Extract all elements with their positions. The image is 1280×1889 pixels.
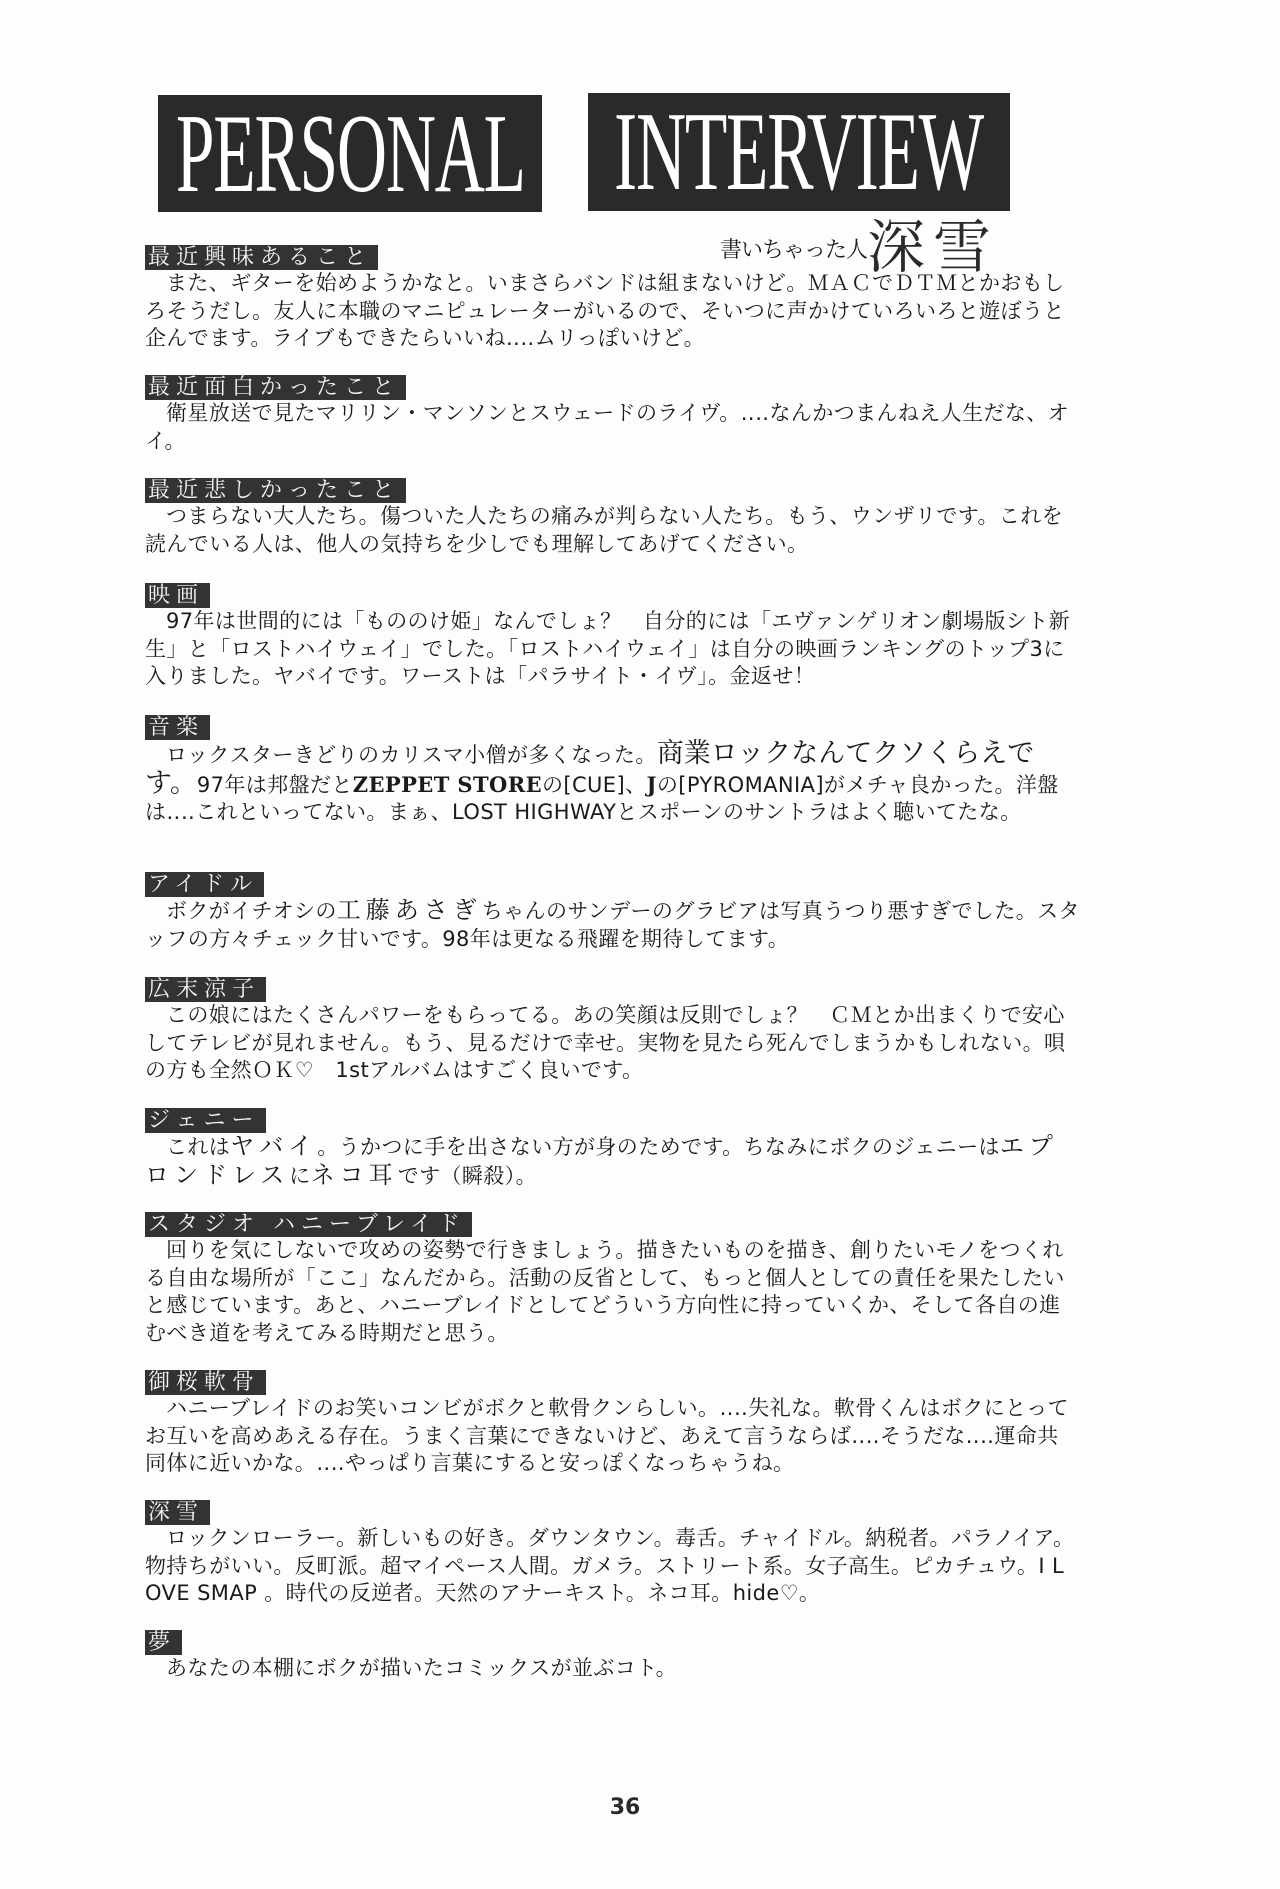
music-text-before: ロックスターきどりのカリスマ小僧が多くなった。	[166, 743, 657, 767]
section-body: ロックンローラー。新しいもの好き。ダウンタウン。毒舌。チャイドル。納税者。パラノ…	[145, 1525, 1080, 1608]
section-misakura-nankotsu: 御桜軟骨 ハニーブレイドのお笑いコンビがボクと軟骨クンらしい。‥‥失礼な。軟骨く…	[145, 1370, 1080, 1478]
magazine-page: PERSONAL INTERVIEW 書いちゃった人 深雪 最近興味あること ま…	[0, 0, 1280, 1889]
section-heading: 映画	[145, 583, 210, 608]
section-body: つまらない大人たち。傷ついた人たちの痛みが判らない人たち。もう、ウンザリです。こ…	[145, 503, 1080, 558]
section-recent-sad: 最近悲しかったこと つまらない大人たち。傷ついた人たちの痛みが判らない人たち。も…	[145, 478, 1080, 558]
section-body: これはヤバイ。うかつに手を出さない方が身のためです。ちなみにボクのジェニーはエプ…	[145, 1133, 1080, 1190]
page-number: 36	[600, 1795, 650, 1820]
section-heading: アイドル	[145, 872, 264, 897]
section-music: 音楽 ロックスターきどりのカリスマ小僧が多くなった。商業ロックなんてクソくらえで…	[145, 715, 1080, 827]
section-heading: 音楽	[145, 715, 210, 740]
section-body: ロックスターきどりのカリスマ小僧が多くなった。商業ロックなんてクソくらえです。9…	[145, 740, 1080, 827]
section-heading: 夢	[145, 1630, 182, 1655]
section-dream: 夢 あなたの本棚にボクが描いたコミックスが並ぶコト。	[145, 1630, 1080, 1683]
artist-j: J	[646, 772, 656, 797]
section-body: ハニーブレイドのお笑いコンビがボクと軟骨クンらしい。‥‥失礼な。軟骨くんはボクに…	[145, 1395, 1080, 1478]
jenny-emphasis-3: ネコ耳	[311, 1161, 398, 1189]
section-body: 回りを気にしないで攻めの姿勢で行きましょう。描きたいものを描き、創りたいモノをつ…	[145, 1237, 1080, 1347]
section-body: また、ギターを始めようかなと。いまさらバンドは組まないけど。ＭＡＣでＤＴＭとかお…	[145, 270, 1080, 353]
section-body: この娘にはたくさんパワーをもらってる。あの笑顔は反則でしょ？ ＣＭとか出まくりで…	[145, 1002, 1080, 1085]
section-heading: 最近面白かったこと	[145, 375, 406, 400]
jenny-text-1: これは	[166, 1135, 230, 1159]
jenny-text-2: 。うかつに手を出さない方が身のためです。ちなみにボクのジェニーは	[317, 1135, 1000, 1159]
section-heading: ジェニー	[145, 1108, 266, 1133]
section-studio-honey-blade: スタジオ ハニーブレイド 回りを気にしないで攻めの姿勢で行きましょう。描きたいも…	[145, 1212, 1080, 1347]
section-recent-interests: 最近興味あること また、ギターを始めようかなと。いまさらバンドは組まないけど。Ｍ…	[145, 245, 1080, 353]
section-body: あなたの本棚にボクが描いたコミックスが並ぶコト。	[145, 1655, 1080, 1683]
section-hirosue-ryoko: 広末涼子 この娘にはたくさんパワーをもらってる。あの笑顔は反則でしょ？ ＣＭとか…	[145, 977, 1080, 1085]
section-movies: 映画 97年は世間的には「もののけ姫」なんでしょ？ 自分的には「エヴァンゲリオン…	[145, 583, 1080, 691]
idol-text-before: ボクがイチオシの	[166, 899, 337, 923]
section-jenny: ジェニー これはヤバイ。うかつに手を出さない方が身のためです。ちなみにボクのジェ…	[145, 1108, 1080, 1190]
title-personal-block: PERSONAL	[158, 95, 542, 212]
idol-name: 工藤あさぎ	[337, 896, 482, 924]
jenny-text-3: に	[289, 1164, 310, 1188]
jenny-emphasis-1: ヤバイ	[230, 1132, 317, 1160]
jenny-text-4: です（瞬殺）。	[398, 1164, 537, 1188]
section-body: ボクがイチオシの工藤あさぎちゃんのサンデーのグラビアは写真うつり悪すぎでした。ス…	[145, 897, 1080, 953]
music-text-mid2: の[CUE]、	[542, 773, 647, 797]
section-heading: 最近悲しかったこと	[145, 478, 406, 503]
music-text-mid: 97年は邦盤だと	[197, 773, 353, 797]
section-miyuki: 深雪 ロックンローラー。新しいもの好き。ダウンタウン。毒舌。チャイドル。納税者。…	[145, 1500, 1080, 1608]
section-heading: 広末涼子	[145, 977, 266, 1002]
section-body: 衛星放送で見たマリリン・マンソンとスウェードのライヴ。‥‥なんかつまんねえ人生だ…	[145, 400, 1080, 455]
section-heading: 御桜軟骨	[145, 1370, 266, 1395]
section-heading: 最近興味あること	[145, 245, 378, 270]
section-heading: スタジオ ハニーブレイド	[145, 1212, 472, 1237]
band-name: ZEPPET STORE	[353, 772, 542, 797]
section-body: 97年は世間的には「もののけ姫」なんでしょ？ 自分的には「エヴァンゲリオン劇場版…	[145, 608, 1080, 691]
section-idol: アイドル ボクがイチオシの工藤あさぎちゃんのサンデーのグラビアは写真うつり悪すぎ…	[145, 872, 1080, 953]
section-heading: 深雪	[145, 1500, 210, 1525]
section-recent-fun: 最近面白かったこと 衛星放送で見たマリリン・マンソンとスウェードのライヴ。‥‥な…	[145, 375, 1080, 455]
title-personal-text: PERSONAL	[176, 98, 525, 210]
title-interview-text: INTERVIEW	[615, 96, 984, 208]
title-interview-block: INTERVIEW	[588, 93, 1010, 211]
